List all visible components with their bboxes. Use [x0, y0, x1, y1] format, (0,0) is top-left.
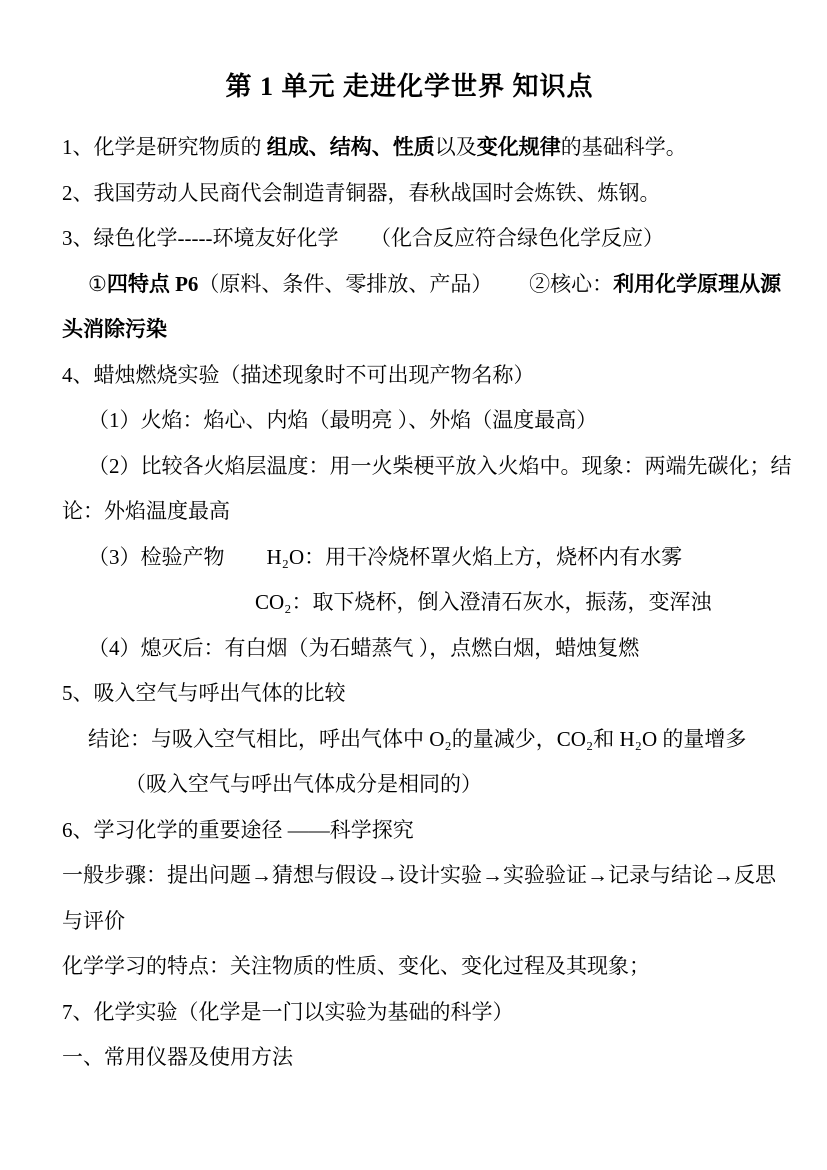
- item-6-scientific-inquiry: 6、学习化学的重要途径 ——科学探究: [62, 808, 757, 854]
- bold-run: 四特点 P6: [107, 272, 199, 296]
- item-4-1-flame-layers: （1）火焰：焰心、内焰（最明亮 ）、外焰（温度最高）: [62, 398, 757, 444]
- text-run: 的基础科学。: [561, 135, 687, 159]
- bold-run: 利用化学原理从源: [613, 272, 781, 296]
- document-page: 第 1 单元 走进化学世界 知识点 1、化学是研究物质的 组成、结构、性质以及变…: [0, 0, 827, 1170]
- item-3-sub-points: ①四特点 P6（原料、条件、零排放、产品） ②核心：利用化学原理从源: [62, 262, 757, 308]
- text-run: ①: [88, 272, 107, 296]
- bold-run: 变化规律: [477, 135, 561, 159]
- document-title: 第 1 单元 走进化学世界 知识点: [62, 64, 757, 109]
- item-3-green-chemistry: 3、绿色化学-----环境友好化学 （化合反应符合绿色化学反应）: [62, 216, 757, 262]
- text-run: 以及: [435, 135, 477, 159]
- item-6-learning-features: 化学学习的特点：关注物质的性质、变化、变化过程及其现象；: [62, 944, 757, 990]
- item-4-candle-experiment: 4、蜡烛燃烧实验（描述现象时不可出现产物名称）: [62, 353, 757, 399]
- bold-run: 组成、结构、性质: [267, 135, 435, 159]
- item-5-conclusion: 结论：与吸入空气相比，呼出气体中 O₂的量减少，CO₂和 H₂O 的量增多: [62, 717, 757, 763]
- item-4-3-test-co2: CO₂：取下烧杯，倒入澄清石灰水，振荡，变浑浊: [62, 580, 757, 626]
- item-7-chemistry-experiment: 7、化学实验（化学是一门以实验为基础的科学）: [62, 990, 757, 1036]
- item-5-air-comparison: 5、吸入空气与呼出气体的比较: [62, 671, 757, 717]
- item-4-2-continuation: 论：外焰温度最高: [62, 489, 757, 535]
- item-2-bronze-history: 2、我国劳动人民商代会制造青铜器，春秋战国时会炼铁、炼钢。: [62, 171, 757, 217]
- section-1-common-instruments: 一、常用仪器及使用方法: [62, 1035, 757, 1081]
- text-run: 1、化学是研究物质的: [62, 135, 267, 159]
- item-6-steps-continuation: 与评价: [62, 899, 757, 945]
- item-4-2-temperature-compare: （2）比较各火焰层温度：用一火柴梗平放入火焰中。现象：两端先碳化；结: [62, 444, 757, 490]
- item-6-steps: 一般步骤：提出问题→猜想与假设→设计实验→实验验证→记录与结论→反思: [62, 853, 757, 899]
- item-4-3-test-h2o: （3）检验产物 H₂O：用干冷烧杯罩火焰上方，烧杯内有水雾: [62, 535, 757, 581]
- item-5-note: （吸入空气与呼出气体成分是相同的）: [62, 762, 757, 808]
- text-run: （原料、条件、零排放、产品） ②核心：: [198, 272, 613, 296]
- item-3-continuation: 头消除污染: [62, 307, 757, 353]
- item-1-chemistry-definition: 1、化学是研究物质的 组成、结构、性质以及变化规律的基础科学。: [62, 125, 757, 171]
- item-4-4-extinguish: （4）熄灭后：有白烟（为石蜡蒸气 ），点燃白烟，蜡烛复燃: [62, 626, 757, 672]
